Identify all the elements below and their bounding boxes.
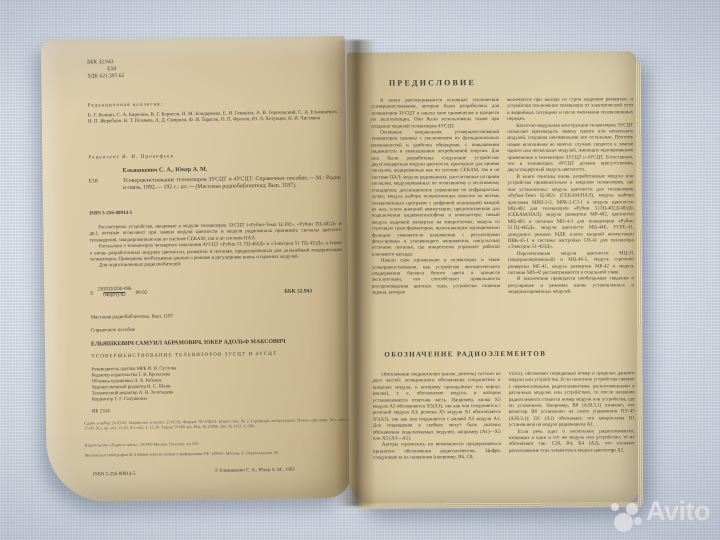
preface-paragraph: включается при выходе из строя кадровой …	[507, 97, 633, 123]
annotation-block: Рассмотрены устройства, вводимые в модул…	[89, 222, 342, 270]
isbn-top: ISBN 5-256-00914-5	[89, 211, 132, 218]
catalog-prefix: Е	[90, 291, 93, 296]
designation-paragraph: Обозначение соединителей (вилок, розеток…	[372, 372, 500, 443]
editorial-board-names: Б. Г. Белкин, С. А. Бирюков, В. Г. Борис…	[88, 110, 338, 126]
section-title: ОБОЗНАЧЕНИЕ РАДИОЭЛЕМЕНТОВ	[384, 350, 546, 359]
designation-paragraph: Авторы стремились по возможности придерж…	[373, 442, 501, 462]
avito-logo-icon	[634, 517, 642, 525]
avito-wordmark: Avito	[646, 496, 710, 527]
avito-logo-icon	[614, 513, 633, 532]
book-left-page: ББК 32.943 Е58 УДК 621.397.62 Редакционн…	[41, 36, 351, 502]
catalog-fraction: 2302020200-086 046(01)-92	[97, 287, 131, 299]
bbk-right: ББК 32.943	[284, 288, 312, 295]
avito-logo-icon	[611, 503, 619, 511]
avito-watermark: Avito	[600, 492, 720, 538]
imprint-fine-print: Сдано в набор 20.03.92. Подписано в печа…	[84, 417, 350, 431]
designation-paragraph: VD11), обозначает порядковый номер в пре…	[508, 371, 634, 429]
preface-column-2: включается при выходе из строя кадровой …	[507, 97, 634, 314]
edition-type: Справочное пособие	[91, 328, 135, 335]
preface-paragraph: Кассетно-модульная конструкция телевизор…	[507, 123, 633, 175]
designation-paragraph: Если речь идет о нескольких радиоэлемент…	[509, 429, 635, 455]
publisher-line: Издательство «Радио и связь». 101000 Мос…	[84, 439, 350, 448]
udk-number: УДК 621.397.62	[87, 73, 124, 81]
series-note: Массовая радиобиблиотека. Вып. 1187	[91, 314, 174, 322]
catalog-denominator: 046(01)-92	[103, 292, 126, 298]
author-header: Ельяшкевич С. А., Юкер А. М.	[123, 167, 208, 174]
preface-column-1: В книге рассматриваются основные техниче…	[371, 98, 500, 315]
ib-number: ИБ 2334	[92, 409, 110, 416]
photo-background: ББК 32.943 Е58 УДК 621.397.62 Редакционн…	[0, 0, 720, 540]
printer-line: Московская типография № 4 Министерства п…	[85, 449, 351, 458]
isbn-bottom: ISBN 5-256-00914-5	[93, 472, 136, 479]
page-number: 3	[611, 449, 614, 455]
editorial-board-label: Редакционная коллегия:	[88, 102, 164, 109]
catalog-suffix: 88-92	[136, 290, 148, 295]
title-full-caps: УСОВЕРШЕНСТВОВАНИЕ ТЕЛЕВИЗОРОВ ЗУСЦТ И 4…	[91, 351, 351, 361]
chapter-title: ПРЕДИСЛОВИЕ	[389, 78, 476, 87]
copyright-line: © Ельяшкевич С. А., Юкер А. М., 1992	[215, 468, 295, 475]
catalog-entry: Усовершенствование телевизоров ЗУСЦТ и 4…	[123, 175, 341, 192]
preface-paragraph: В книге рассматриваются основные техниче…	[371, 98, 499, 131]
preface-paragraph: В заключение приводятся необходимые свед…	[508, 277, 634, 297]
reviewer-line: Рецензент В. И. Прокофьев	[88, 154, 174, 162]
preface-paragraph: Основные направления усовершенствований …	[371, 130, 500, 259]
book-right-page: ПРЕДИСЛОВИЕ В книге рассматриваются осно…	[347, 51, 639, 505]
entry-code: Е58	[89, 178, 98, 185]
preface-paragraph: Перспективные модули цветности МЦ-31 (мо…	[508, 251, 634, 277]
catalog-formula: Е 2302020200-086 046(01)-92 88-92	[90, 287, 147, 300]
preface-paragraph: В книге описаны вновь разработанные моду…	[507, 174, 633, 252]
designation-column-1: Обозначение соединителей (вилок, розеток…	[372, 372, 501, 489]
designation-column-2: VD11), обозначает порядковый номер в пре…	[508, 371, 635, 488]
authors-full-caps: ЕЛЬЯШКЕВИЧ САМУИЛ АБРАМОВИЧ, ЮКЕР АДОЛЬФ…	[91, 338, 351, 348]
credits-block: Руководитель группы МРБ И. Н. Суслова Ре…	[91, 364, 341, 403]
bbk-block: ББК 32.943 Е58 УДК 621.397.62	[87, 59, 124, 81]
preface-paragraph: Нашли свое применение в телевизорах и та…	[372, 258, 500, 297]
